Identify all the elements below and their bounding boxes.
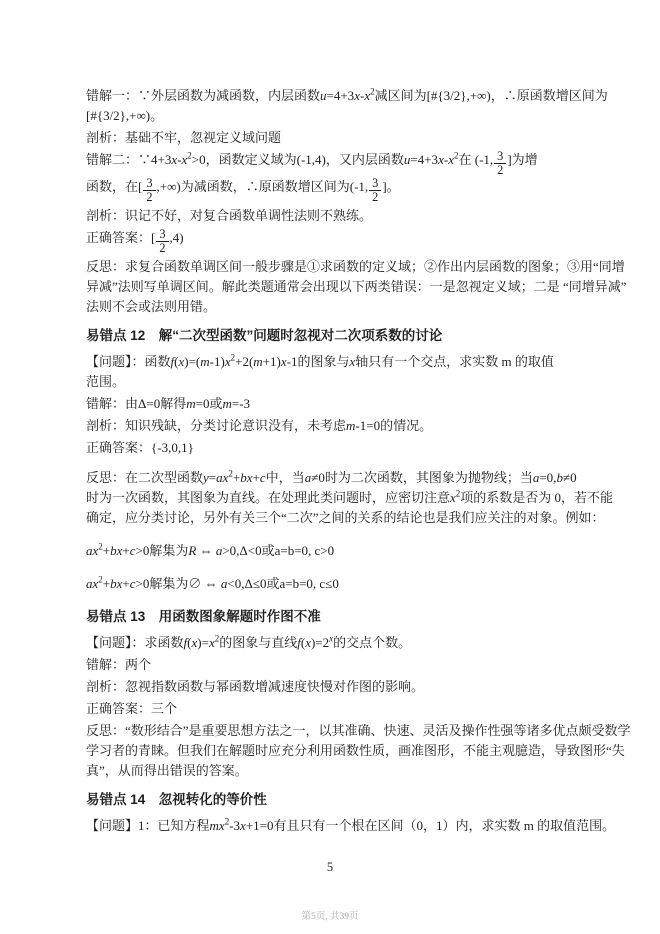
paragraph: 反思：在二次型函数y=ax2+bx+c中，当a≠0时为二次函数，其图象为抛物线；… [86, 468, 578, 528]
section-heading: 易错点 12 解“二次型函数”问题时忽视对二次项系数的讨论 [86, 326, 578, 346]
text-line: 【问题】：函数f(x)=(m-1)x2+2(m+1)x-1的图象与x轴只有一个交… [86, 352, 578, 372]
text-line: 【问题】1：已知方程mx2-3x+1=0有且只有一个根在区间（0，1）内，求实数… [86, 816, 578, 836]
paragraph: 【问题】1：已知方程mx2-3x+1=0有且只有一个根在区间（0，1）内，求实数… [86, 816, 578, 836]
paragraph: 反思：“数形结合”是重要思想方法之一，以其准确、快速、灵活及操作性强等诸多优点颇… [86, 721, 578, 781]
text-line: 【问题】：求函数f(x)=x2的图象与直线f(x)=2x的交点个数。 [86, 633, 578, 653]
text-line: 剖析：知识残缺，分类讨论意识没有，未考虑m-1=0的情况。 [86, 416, 578, 436]
text-line: 错解：由Δ=0解得m=0或m=-3 [86, 394, 578, 414]
text-line: 反思：在二次型函数y=ax2+bx+c中，当a≠0时为二次函数，其图象为抛物线；… [86, 468, 578, 488]
section-heading: 易错点 14 忽视转化的等价性 [86, 790, 578, 810]
page-footer-label: 第5页, 共39页 [0, 908, 660, 922]
paragraph: 剖析：识记不好，对复合函数单调性法则不熟练。 [86, 206, 578, 226]
equation-line: ax2+bx+c>0解集为∅ ⇔ a<0,Δ≤0或a=b=0, c≤0 [86, 574, 578, 594]
text-line: 错解一：∵外层函数为减函数，内层函数u=4+3x-x2减区间为[#{3/2},+… [86, 86, 578, 106]
text-line: 时为一次函数，其图象为直线。在处理此类问题时，应密切注意x2项的系数是否为 0，… [86, 488, 578, 508]
text-line: [#{3/2},+∞)。 [86, 106, 578, 126]
paragraph: 反思：求复合函数单调区间一般步骤是①求函数的定义域；②作出内层函数的图象；③用“… [86, 257, 578, 317]
text-line: 异减”法则写单调区间。解此类题通常会出现以下两类错误：一是忽视定义域；二是 “同… [86, 277, 578, 297]
text-line: ax2+bx+c>0解集为∅ ⇔ a<0,Δ≤0或a=b=0, c≤0 [86, 574, 578, 594]
paragraph: 剖析：知识残缺，分类讨论意识没有，未考虑m-1=0的情况。 [86, 416, 578, 436]
text-line: 错解：两个 [86, 655, 578, 675]
text-line: 易错点 13 用函数图象解题时作图不准 [86, 607, 578, 627]
text-line: 剖析：基础不牢，忽视定义域问题 [86, 128, 578, 148]
text-line: 真”，从而得出错误的答案。 [86, 761, 578, 781]
paragraph: 剖析：基础不牢，忽视定义域问题 [86, 128, 578, 148]
paragraph: 错解：由Δ=0解得m=0或m=-3 [86, 394, 578, 414]
text-line: 法则不会或法则用错。 [86, 297, 578, 317]
page-number-label: 5 [0, 860, 660, 875]
text-line: 函数，在[32,+∞)为减函数，∴原函数增区间为(-1,32]。 [86, 177, 578, 204]
text-line: 错解二：∵4+3x-x2>0，函数定义域为(-1,4)，又内层函数u=4+3x-… [86, 150, 578, 177]
paragraph: 错解：两个 [86, 655, 578, 675]
paragraph: 正确答案：三个 [86, 699, 578, 719]
equation-line: ax2+bx+c>0解集为R ⇔ a>0,Δ<0或a=b=0, c>0 [86, 541, 578, 561]
document-page: 错解一：∵外层函数为减函数，内层函数u=4+3x-x2减区间为[#{3/2},+… [0, 0, 660, 934]
paragraph: 正确答案：{-3,0,1} [86, 438, 578, 458]
text-line: 正确答案：{-3,0,1} [86, 438, 578, 458]
paragraph: 错解一：∵外层函数为减函数，内层函数u=4+3x-x2减区间为[#{3/2},+… [86, 86, 578, 126]
text-line: 反思：求复合函数单调区间一般步骤是①求函数的定义域；②作出内层函数的图象；③用“… [86, 257, 578, 277]
paragraph: 正确答案：[32,4) [86, 228, 578, 255]
text-line: 正确答案：[32,4) [86, 228, 578, 255]
page-content: 错解一：∵外层函数为减函数，内层函数u=4+3x-x2减区间为[#{3/2},+… [86, 86, 578, 838]
text-line: 学习者的青睐。但我们在解题时应充分利用函数性质，画准图形，不能主观臆造，导致图形… [86, 741, 578, 761]
paragraph: 错解二：∵4+3x-x2>0，函数定义域为(-1,4)，又内层函数u=4+3x-… [86, 150, 578, 204]
text-line: 易错点 12 解“二次型函数”问题时忽视对二次项系数的讨论 [86, 326, 578, 346]
text-line: 反思：“数形结合”是重要思想方法之一，以其准确、快速、灵活及操作性强等诸多优点颇… [86, 721, 578, 741]
text-line: 确定，应分类讨论，另外有关三个“二次”之间的关系的结论也是我们应关注的对象。例如… [86, 508, 578, 528]
paragraph: 【问题】：求函数f(x)=x2的图象与直线f(x)=2x的交点个数。 [86, 633, 578, 653]
section-heading: 易错点 13 用函数图象解题时作图不准 [86, 607, 578, 627]
text-line: 剖析：识记不好，对复合函数单调性法则不熟练。 [86, 206, 578, 226]
paragraph: 剖析：忽视指数函数与幂函数增减速度快慢对作图的影响。 [86, 677, 578, 697]
text-line: 范围。 [86, 372, 578, 392]
text-line: 易错点 14 忽视转化的等价性 [86, 790, 578, 810]
paragraph: 【问题】：函数f(x)=(m-1)x2+2(m+1)x-1的图象与x轴只有一个交… [86, 352, 578, 392]
text-line: 正确答案：三个 [86, 699, 578, 719]
text-line: 剖析：忽视指数函数与幂函数增减速度快慢对作图的影响。 [86, 677, 578, 697]
text-line: ax2+bx+c>0解集为R ⇔ a>0,Δ<0或a=b=0, c>0 [86, 541, 578, 561]
